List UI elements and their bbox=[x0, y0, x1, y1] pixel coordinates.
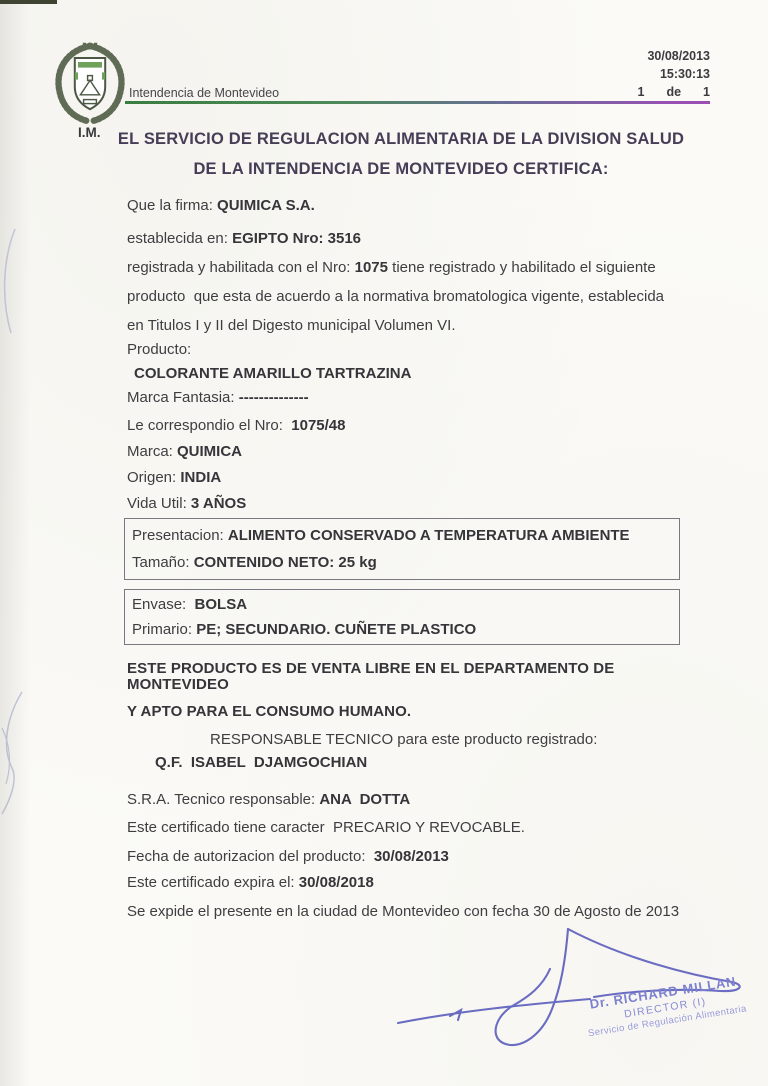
title-line-2: DE LA INTENDENCIA DE MONTEVIDEO CERTIFIC… bbox=[90, 154, 712, 184]
print-date: 30/08/2013 bbox=[638, 50, 711, 63]
autorizacion-value: 30/08/2013 bbox=[374, 848, 449, 865]
responsable-nombre: Q.F. ISABEL DJAMGOCHIAN bbox=[127, 755, 712, 771]
caracter-value: PRECARIO Y REVOCABLE. bbox=[333, 819, 525, 836]
registro-numero: 1075 bbox=[355, 259, 388, 276]
field-establecida: establecida en: EGIPTO Nro: 3516 bbox=[127, 231, 712, 247]
envase-box: Envase: BOLSA Primario: PE; SECUNDARIO. … bbox=[124, 589, 680, 645]
header-meta: 30/08/2013 15:30:13 1 de 1 bbox=[638, 50, 711, 104]
expira-value: 30/08/2018 bbox=[299, 874, 374, 891]
tamano-label: Tamaño: bbox=[132, 554, 194, 571]
field-marca-fantasia: Marca Fantasia: -------------- bbox=[127, 390, 712, 406]
registro-prefix: registrada y habilitada con el Nro: bbox=[127, 259, 355, 276]
presentacion-value: ALIMENTO CONSERVADO A TEMPERATURA AMBIEN… bbox=[228, 527, 630, 544]
registro-suffix: tiene registrado y habilitado el siguien… bbox=[388, 259, 656, 276]
scan-pen-mark-lower bbox=[0, 688, 26, 818]
field-expira: Este certificado expira el: 30/08/2018 bbox=[127, 875, 712, 891]
field-establecida-value: EGIPTO Nro: 3516 bbox=[232, 230, 361, 247]
declaracion-line2: Y APTO PARA EL CONSUMO HUMANO. bbox=[127, 704, 712, 720]
field-primario: Primario: PE; SECUNDARIO. CUÑETE PLASTIC… bbox=[132, 622, 671, 638]
field-establecida-label: establecida en: bbox=[127, 230, 232, 247]
field-firma: Que la firma: QUIMICA S.A. bbox=[127, 198, 712, 214]
vida-util-value: 3 AÑOS bbox=[191, 495, 246, 512]
autorizacion-label: Fecha de autorizacion del producto: bbox=[127, 848, 374, 865]
marca-fantasia-label: Marca Fantasia: bbox=[127, 389, 239, 406]
title-line-1: EL SERVICIO DE REGULACION ALIMENTARIA DE… bbox=[90, 124, 712, 154]
tamano-value: CONTENIDO NETO: 25 kg bbox=[194, 554, 377, 571]
primario-label: Primario: bbox=[132, 621, 196, 638]
primario-value: PE; SECUNDARIO. CUÑETE PLASTICO bbox=[196, 621, 476, 638]
vida-util-label: Vida Util: bbox=[127, 495, 191, 512]
producto-label: Producto: bbox=[127, 342, 712, 358]
certificate-body: Que la firma: QUIMICA S.A. establecida e… bbox=[127, 198, 712, 920]
field-tamano: Tamaño: CONTENIDO NETO: 25 kg bbox=[132, 555, 671, 571]
sra-value: ANA DOTTA bbox=[319, 791, 410, 808]
pagination: 1 de 1 bbox=[638, 86, 711, 99]
page-total: 1 bbox=[703, 86, 710, 99]
signature-area: Dr. RICHARD MILLAN DIRECTOR (I) Servicio… bbox=[390, 925, 768, 1085]
field-firma-label: Que la firma: bbox=[127, 197, 217, 214]
correspondio-value: 1075/48 bbox=[291, 417, 345, 434]
marca-label: Marca: bbox=[127, 443, 177, 460]
field-firma-value: QUIMICA S.A. bbox=[217, 197, 315, 214]
presentacion-label: Presentacion: bbox=[132, 527, 228, 544]
paragraph-registro-line1: registrada y habilitada con el Nro: 1075… bbox=[127, 260, 712, 276]
scan-edge-shading bbox=[0, 0, 30, 1086]
field-sra-tecnico: S.R.A. Tecnico responsable: ANA DOTTA bbox=[127, 792, 712, 808]
presentacion-box: Presentacion: ALIMENTO CONSERVADO A TEMP… bbox=[124, 518, 680, 580]
sra-label: S.R.A. Tecnico responsable: bbox=[127, 791, 319, 808]
responsable-heading: RESPONSABLE TECNICO para este producto r… bbox=[127, 732, 712, 748]
origen-label: Origen: bbox=[127, 469, 180, 486]
montevideo-crest-logo bbox=[50, 40, 130, 129]
correspondio-label: Le correspondio el Nro: bbox=[127, 417, 291, 434]
marca-fantasia-value: -------------- bbox=[239, 389, 309, 406]
field-marca: Marca: QUIMICA bbox=[127, 444, 712, 460]
envase-value: BOLSA bbox=[195, 596, 248, 613]
field-presentacion: Presentacion: ALIMENTO CONSERVADO A TEMP… bbox=[132, 528, 671, 544]
envase-label: Envase: bbox=[132, 596, 195, 613]
header-divider bbox=[125, 101, 710, 104]
expira-label: Este certificado expira el: bbox=[127, 874, 299, 891]
scan-artifact-bar bbox=[0, 0, 57, 4]
field-vida-util: Vida Util: 3 AÑOS bbox=[127, 496, 712, 512]
field-envase: Envase: BOLSA bbox=[132, 597, 671, 613]
paragraph-registro-line2: producto que esta de acuerdo a la normat… bbox=[127, 289, 712, 305]
paragraph-registro-line3: en Titulos I y II del Digesto municipal … bbox=[127, 318, 712, 334]
declaracion-line1: ESTE PRODUCTO ES DE VENTA LIBRE EN EL DE… bbox=[127, 661, 712, 693]
caracter-label: Este certificado tiene caracter bbox=[127, 819, 333, 836]
page-current: 1 bbox=[638, 86, 645, 99]
field-correspondio: Le correspondio el Nro: 1075/48 bbox=[127, 418, 712, 434]
field-autorizacion: Fecha de autorizacion del producto: 30/0… bbox=[127, 849, 712, 865]
field-origen: Origen: INDIA bbox=[127, 470, 712, 486]
certificate-title: EL SERVICIO DE REGULACION ALIMENTARIA DE… bbox=[90, 124, 712, 184]
org-name: Intendencia de Montevideo bbox=[129, 86, 279, 100]
producto-value: COLORANTE AMARILLO TARTRAZINA bbox=[127, 366, 712, 382]
certificate-page: Intendencia de Montevideo 30/08/2013 15:… bbox=[0, 0, 768, 1086]
field-caracter: Este certificado tiene caracter PRECARIO… bbox=[127, 820, 712, 836]
origen-value: INDIA bbox=[180, 469, 221, 486]
scan-pen-mark-upper bbox=[0, 225, 18, 337]
print-time: 15:30:13 bbox=[638, 68, 711, 81]
expedicion-line: Se expide el presente en la ciudad de Mo… bbox=[127, 904, 712, 920]
page-separator: de bbox=[666, 86, 681, 99]
marca-value: QUIMICA bbox=[177, 443, 242, 460]
